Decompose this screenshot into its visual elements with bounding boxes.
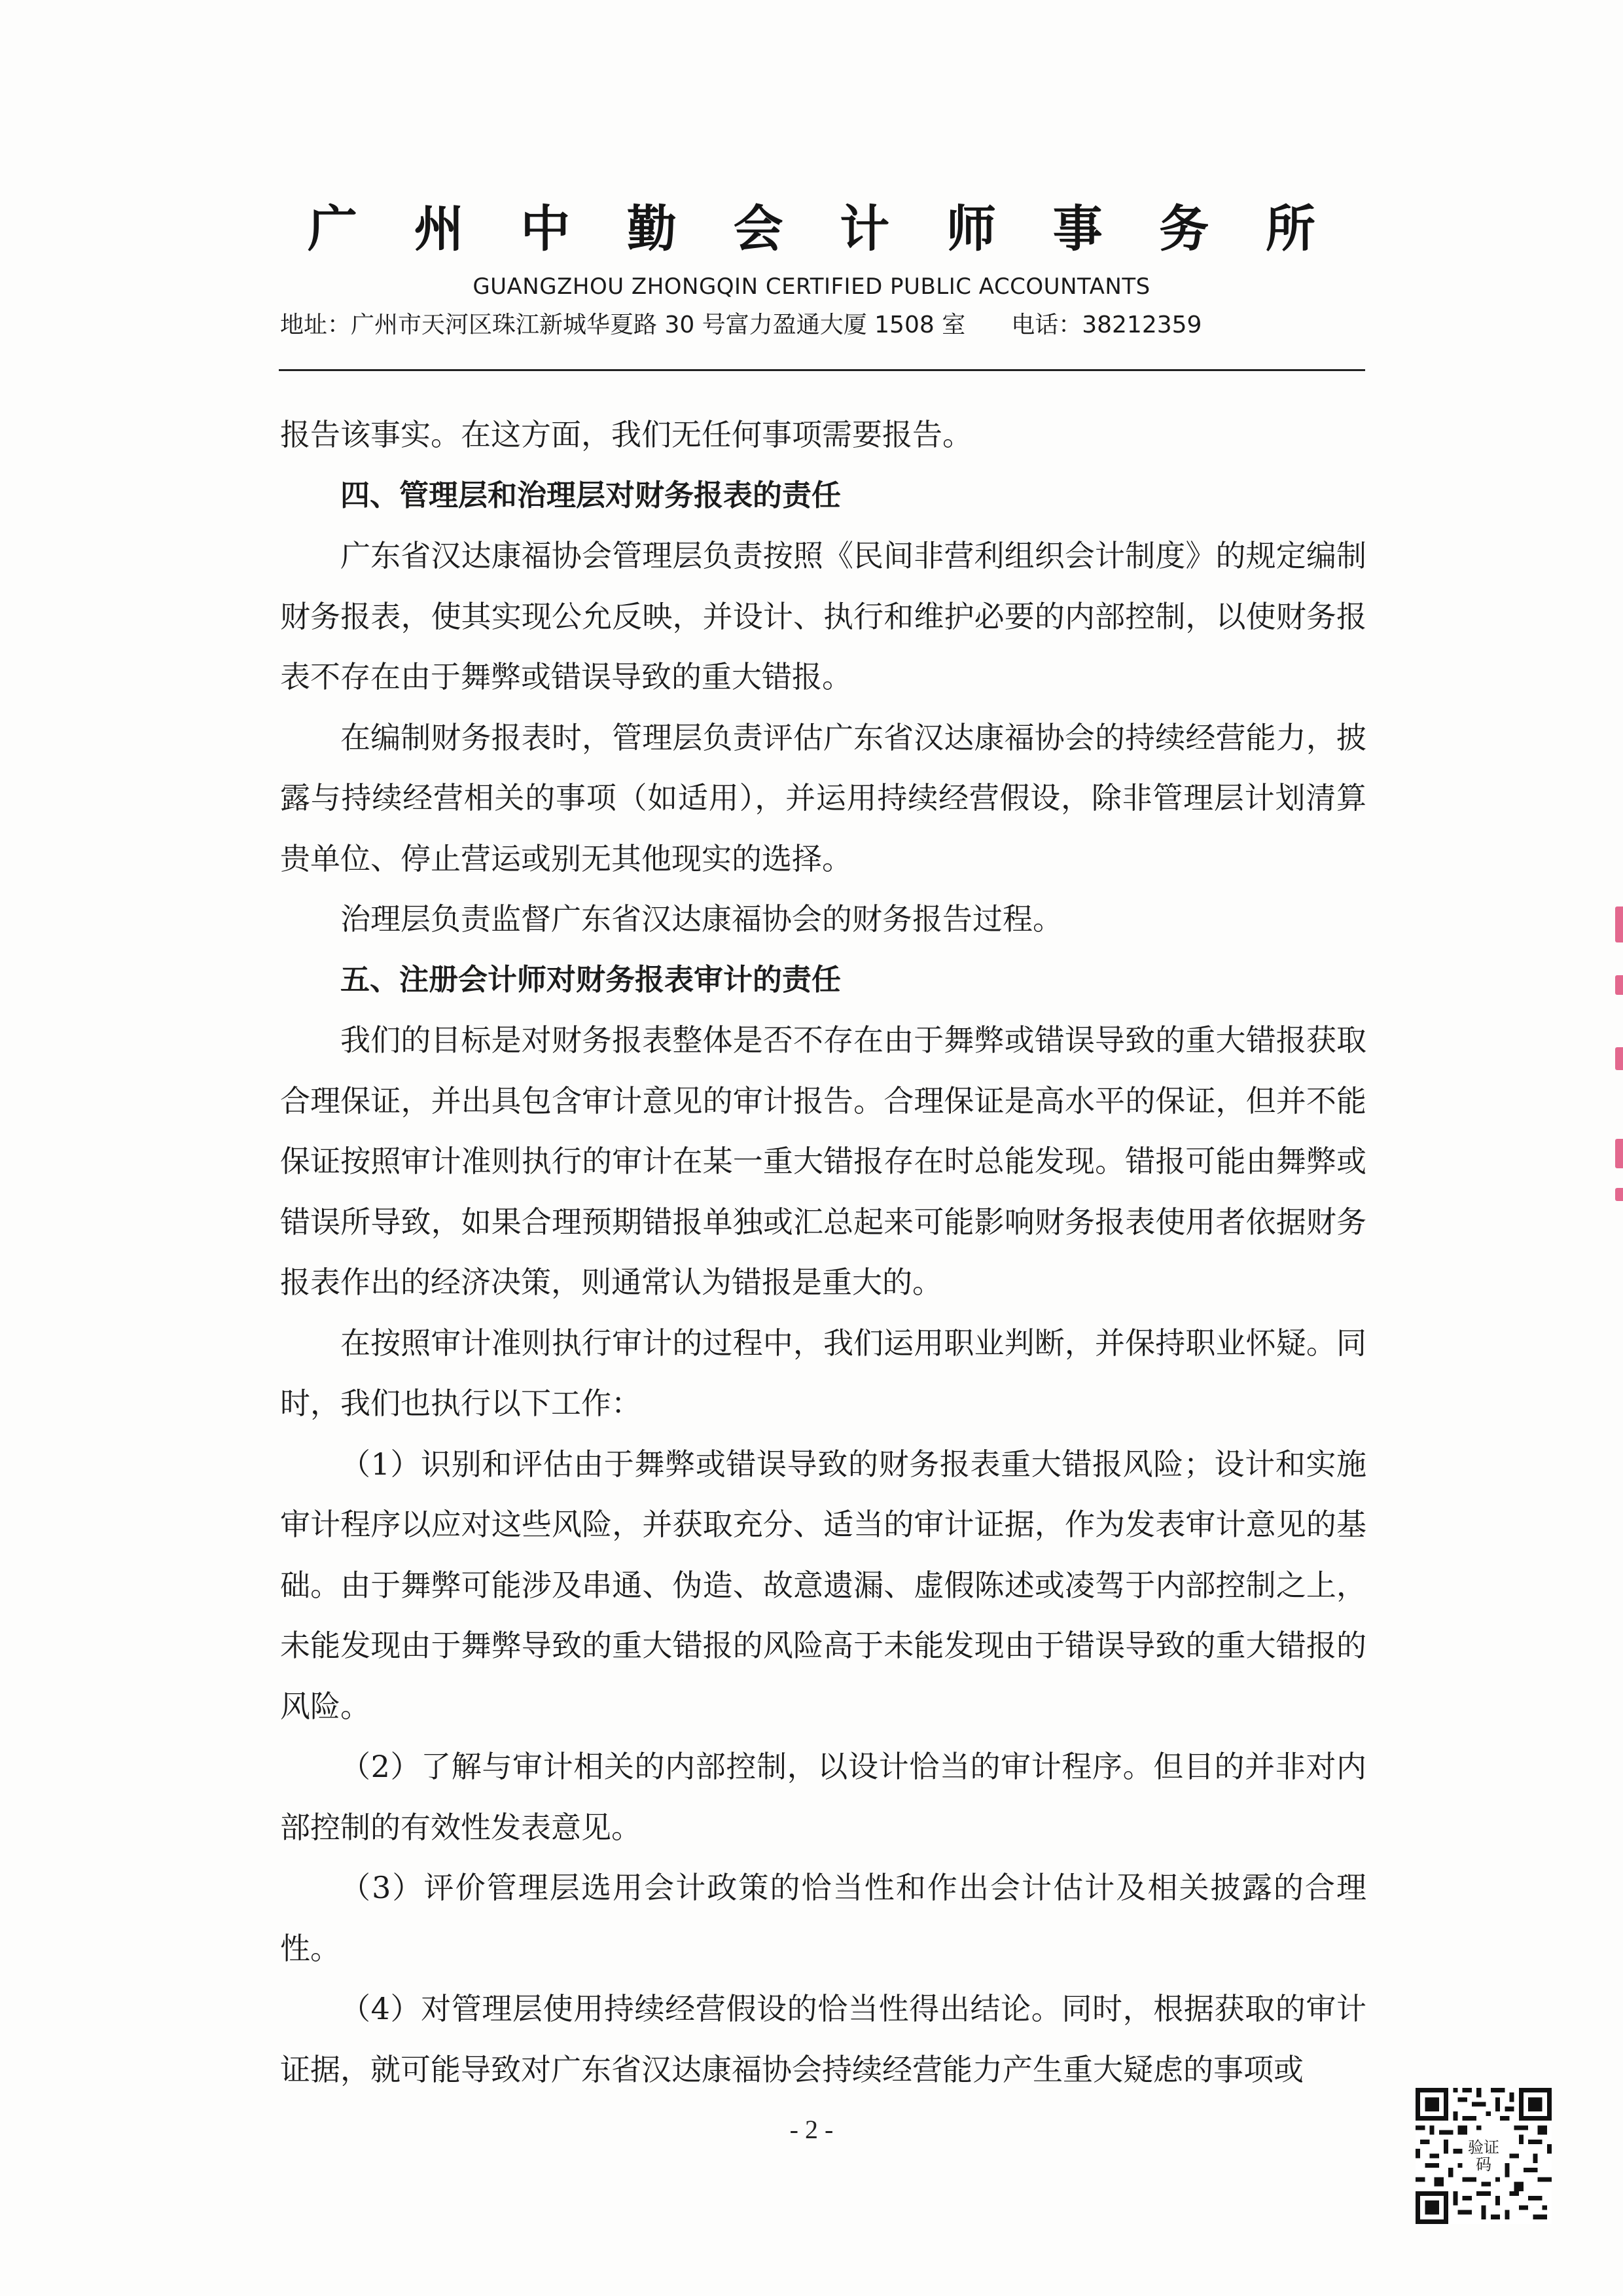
list-item: （2）了解与审计相关的内部控制，以设计恰当的审计程序。但目的并非对内部控制的有效… [280, 1736, 1366, 1857]
list-item: （4）对管理层使用持续经营假设的恰当性得出结论。同时，根据获取的审计证据，就可能… [280, 1979, 1366, 2100]
title-char: 务 [1159, 196, 1209, 262]
paragraph: 在按照审计准则执行审计的过程中，我们运用职业判断，并保持职业怀疑。同时，我们也执… [280, 1313, 1366, 1434]
title-char: 中 [520, 196, 570, 262]
title-char: 勤 [627, 196, 677, 262]
list-item: （1）识别和评估由于舞弊或错误导致的财务报表重大错报风险；设计和实施审计程序以应… [280, 1434, 1366, 1737]
verification-qr-code[interactable]: 验证 码 [1416, 2088, 1552, 2224]
seal-fragment [1615, 975, 1623, 995]
paragraph: 治理层负责监督广东省汉达康福协会的财务报告过程。 [280, 889, 1366, 950]
firm-contact-line: 地址：广州市天河区珠江新城华夏路 30 号富力盈通大厦 1508 室电话：382… [280, 306, 1366, 340]
firm-phone: 电话：38212359 [1011, 312, 1202, 338]
page-number: - 2 - [0, 2114, 1623, 2145]
firm-address: 地址：广州市天河区珠江新城华夏路 30 号富力盈通大厦 1508 室 [280, 312, 965, 338]
title-char: 事 [1053, 196, 1103, 262]
report-body: 报告该事实。在这方面，我们无任何事项需要报告。 四、管理层和治理层对财务报表的责… [280, 404, 1366, 2100]
paragraph: 我们的目标是对财务报表整体是否不存在由于舞弊或错误导致的重大错报获取合理保证，并… [280, 1010, 1366, 1313]
title-char: 师 [946, 196, 996, 262]
seal-fragment [1615, 906, 1623, 942]
seal-fragment [1615, 1139, 1623, 1168]
firm-english-name: GUANGZHOU ZHONGQIN CERTIFIED PUBLIC ACCO… [0, 274, 1623, 300]
title-char: 广 [308, 196, 357, 262]
title-char: 所 [1266, 196, 1315, 262]
section-heading-auditor-responsibility: 五、注册会计师对财务报表审计的责任 [280, 950, 1366, 1011]
letterhead-divider [279, 369, 1365, 371]
paragraph-continuation: 报告该事实。在这方面，我们无任何事项需要报告。 [280, 404, 1366, 465]
seal-fragment [1615, 1188, 1623, 1201]
qr-center-label: 验证 码 [1464, 2139, 1503, 2173]
list-item: （3）评价管理层选用会计政策的恰当性和作出会计估计及相关披露的合理性。 [280, 1857, 1366, 1979]
seal-fragment [1615, 1047, 1623, 1070]
section-heading-management-responsibility: 四、管理层和治理层对财务报表的责任 [280, 465, 1366, 526]
paragraph: 广东省汉达康福协会管理层负责按照《民间非营利组织会计制度》的规定编制财务报表，使… [280, 526, 1366, 708]
title-char: 州 [414, 196, 464, 262]
title-char: 计 [840, 196, 889, 262]
title-char: 会 [734, 196, 783, 262]
paragraph: 在编制财务报表时，管理层负责评估广东省汉达康福协会的持续经营能力，披露与持续经营… [280, 708, 1366, 889]
firm-name-title: 广 州 中 勤 会 计 师 事 务 所 [308, 196, 1315, 262]
